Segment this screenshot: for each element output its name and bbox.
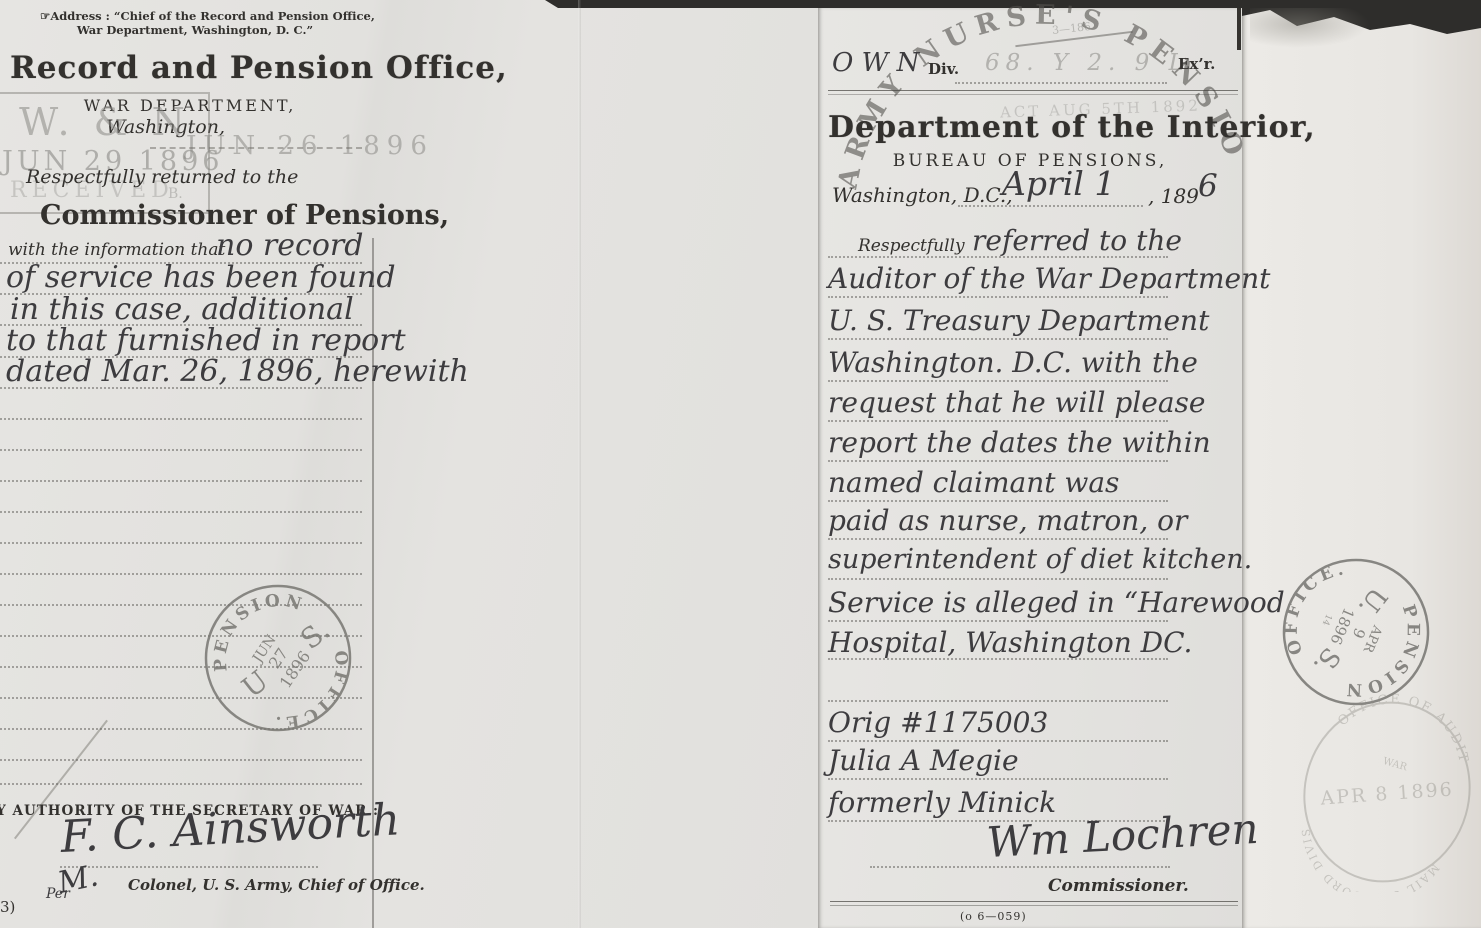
ruled-line [828, 620, 1168, 622]
handwriting-line: named claimant was [828, 466, 1119, 499]
ruled-line [0, 480, 362, 482]
ruled-line [0, 449, 362, 451]
handwriting-line: Washington. D.C. with the [828, 346, 1198, 379]
pointing-hand-icon: ☞ [40, 9, 50, 23]
stamp-extra: 14 [1320, 612, 1334, 627]
ruled-line [828, 338, 1168, 340]
handwriting-line: Julia A Megie [828, 744, 1019, 777]
ruled-line [828, 578, 1168, 580]
ruled-line [828, 778, 1168, 780]
handwriting-line: U. S. Treasury Department [828, 304, 1209, 337]
header-rule-2 [828, 94, 1238, 95]
handwriting-line: Orig #1175003 [828, 706, 1048, 739]
ruled-line [0, 573, 362, 575]
returned-line: Respectfully returned to the [26, 166, 298, 188]
handwriting-line: of service has been found [6, 260, 396, 295]
pension-office-round-stamp-2: PENSION OFFICE. U. S. APR 9 1896 14 [1278, 554, 1434, 710]
division-label: Div. [928, 60, 959, 78]
stamp-ring-right: S. [1307, 641, 1346, 679]
handwriting-line: Auditor of the War Department [828, 262, 1270, 295]
dateline-rule [958, 205, 1143, 207]
handwriting-line: Hospital, Washington DC. [828, 626, 1192, 659]
handwriting-line: formerly Minick [828, 786, 1056, 819]
received-stamp-division: O. W. & N [0, 100, 191, 144]
division-scribble: 68. Y 2. 9 L [985, 50, 1190, 76]
smudge [1250, 8, 1370, 48]
address-note-line2: War Department, Washington, D. C.” [40, 23, 350, 37]
document-scan: ☞Address : “Chief of the Record and Pens… [0, 0, 1481, 928]
dateline-year-printed: , 189 [1148, 184, 1199, 208]
stamp-strike-line [150, 147, 362, 149]
handwriting-line: in this case, additional [10, 292, 354, 327]
date-stamp-jun26: JUN 26 1896 [186, 131, 434, 161]
handwriting-line: dated Mar. 26, 1896, herewith [6, 354, 469, 389]
handwriting-line: report the dates the within [828, 426, 1211, 459]
left-page-title: Record and Pension Office, [10, 50, 370, 86]
ruled-line [828, 420, 1168, 422]
auditor-oval-stamp: OFFICE OF AUDITOR MAIL & RECORD DIVISION… [1292, 692, 1481, 892]
ruled-line [828, 380, 1168, 382]
ruled-line [0, 759, 362, 761]
oval-stamp-mid: WAR [1382, 756, 1409, 773]
signature-title: Colonel, U. S. Army, Chief of Office. [128, 876, 425, 894]
form-number: (o 6—059) [960, 910, 1027, 923]
commissioner-title: Commissioner. [1048, 876, 1189, 896]
handwriting-line: request that he will please [828, 386, 1205, 419]
handwriting-line: Service is alleged in “Harewood [828, 586, 1285, 619]
ruled-line [828, 500, 1168, 502]
stamp-ring-left: U. [1352, 581, 1393, 621]
fold-crease [578, 0, 581, 928]
ruled-line [0, 542, 362, 544]
division-handwritten: O W N [832, 48, 919, 78]
footer-rule-2 [830, 905, 1238, 906]
ruled-line [0, 783, 362, 785]
ruled-line [828, 538, 1168, 540]
right-page-title: Department of the Interior, [828, 110, 1232, 145]
ruled-line [0, 418, 362, 420]
address-note-line1: ☞Address : “Chief of the Record and Pens… [40, 9, 350, 23]
oval-stamp-center: APR 8 1896 [1319, 778, 1455, 809]
received-box-stamp: O. W. & N JUN 29 1896 RECEIVED B. [0, 92, 210, 214]
dateline-year-handwritten: 6 [1198, 168, 1218, 204]
examiner-label: Ex’r. [1178, 55, 1215, 73]
division-line [955, 82, 1167, 84]
signature-line [60, 866, 318, 868]
corner-note: 3) [0, 898, 15, 916]
header-rule [828, 90, 1238, 91]
signature-line [870, 866, 1170, 868]
handwriting-line: referred to the [972, 224, 1182, 257]
respectfully-label: Respectfully [858, 236, 965, 256]
dateline-handwritten: April 1 [1002, 164, 1115, 203]
dateline-printed: Washington, D.C., [832, 183, 1013, 207]
ruled-line [828, 740, 1168, 742]
commissioner-line: Commissioner of Pensions, [40, 200, 449, 231]
handwriting-line: paid as nurse, matron, or [828, 504, 1187, 537]
handwriting-line: superintendent of diet kitchen. [828, 544, 1252, 575]
address-text: Address : “Chief of the Record and Pensi… [50, 9, 375, 23]
stamp-ring-left: U [236, 664, 275, 705]
ruled-line [828, 460, 1168, 462]
ruled-line [828, 296, 1168, 298]
info-label: with the information that [8, 240, 225, 260]
footer-rule [830, 901, 1238, 902]
pension-office-round-stamp: PENSION OFFICE. U S. JUN 27 1896 [200, 580, 356, 736]
ruled-line [828, 700, 1168, 702]
ruled-line [0, 511, 362, 513]
handwriting-line: no record [216, 228, 363, 263]
handwriting-line: to that furnished in report [6, 323, 406, 358]
